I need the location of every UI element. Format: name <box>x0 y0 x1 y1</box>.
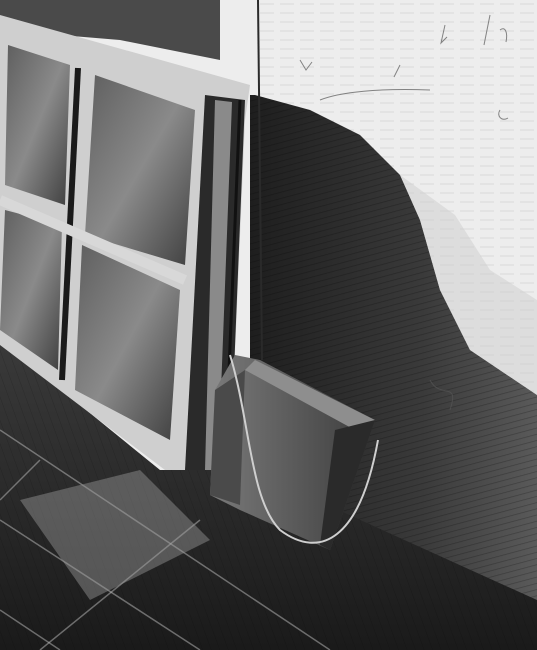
charcoal-drawing <box>0 0 537 650</box>
window-pane-top-left <box>5 45 70 205</box>
